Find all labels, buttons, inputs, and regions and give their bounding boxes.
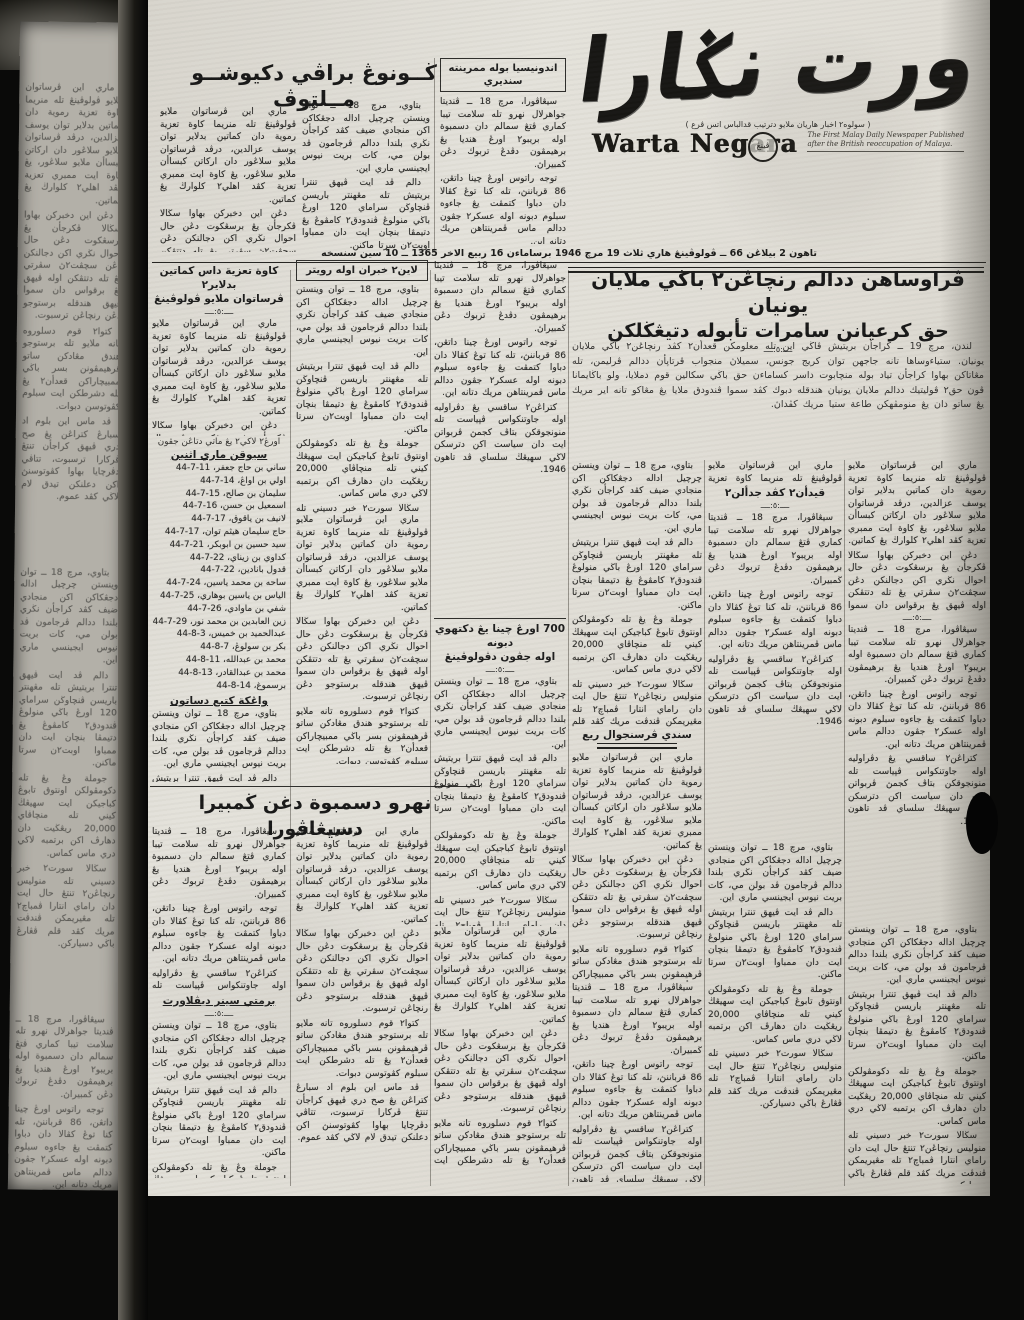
body-paragraph: دالم ڤد ايت ڤيهق تنترا بريتيش تله مڠهنتر… — [434, 753, 566, 828]
masthead-jawi-subtitle: ( سولوه٢ اخبار هاريان ملايو دترتيب قدالب… — [572, 120, 984, 129]
column-2-lower: ماري اين ڤرساتوان ملايو ڤولوڤينڠ تله منر… — [296, 826, 428, 1186]
adjacent-page-text: بتاوي، مرچ 18 ــ توان وينستن چرچيل اداله… — [10, 506, 125, 951]
body-paragraph: سڬالا سورت٢ خبر دسيني تله منوليس رنچاڠن٢… — [434, 895, 566, 927]
body-paragraph: جوملة وڠ يڠ تله دكومڤولكن اونتوق تابوڠ ك… — [152, 1162, 286, 1179]
adjacent-page-edge: ماري اين ڤرساتوان ملايو ڤولوڤينڠ تله منر… — [8, 21, 130, 1190]
body-paragraph: ماري اين ڤرساتوان ملايو ڤولوڤينڠ تله منر… — [296, 514, 428, 614]
column-4-text: بتاوي، مرچ 18 ــ توان وينستن چرچيل اداله… — [572, 460, 702, 728]
body-paragraph: سڬالا سورت٢ خبر دسيني تله منوليس رنچاڠن٢… — [296, 503, 428, 515]
binder-clip-mark — [966, 792, 998, 854]
lead-paragraph-block: لندن، مرچ 19 ــ كراجأن بريتيش ڤاڬي اين ت… — [572, 340, 984, 456]
page-gutter-shadow — [118, 0, 148, 1320]
header-column-1: ماري اين ڤرساتوان ملايو ڤولوڤينڠ تله منر… — [160, 106, 296, 252]
body-paragraph: توجه راتوس اورڠ چينا داتڠن، 86 قرباننڽ، … — [440, 173, 566, 244]
adjacent-text-line: سيڠاڤورا، مرچ 18 ــ ڤنديتا جواهرلال نهرو… — [15, 1013, 114, 1102]
main-headline-line1: ڤراوساهن ددالم رنچاڠن٢ باڬي ملايان يونيا… — [572, 266, 984, 318]
boxed-subhead-indonesia: اندونيسيا بوله ممرينته سنديري — [440, 58, 566, 92]
masthead: ورت نݢارا ڤينڠ ( سولوه٢ اخبار هاريان ملا… — [572, 24, 984, 248]
casualty-entry: ساحه بن محمد ياسين، 24-7-44 — [152, 577, 286, 590]
masthead-tagline: The First Malay Daily Newspaper Publishe… — [807, 131, 964, 152]
column-2-text: بتاوي، مرچ 18 ــ توان وينستن چرچيل اداله… — [296, 284, 428, 514]
column-3-text: بتاوي، مرچ 18 ــ توان وينستن چرچيل اداله… — [434, 676, 566, 926]
column-1-lower-text: بتاوي، مرچ 18 ــ توان وينستن چرچيل اداله… — [152, 1020, 286, 1178]
body-paragraph: سڬالا سورت٢ خبر دسيني تله منوليس رنچاڠن٢… — [572, 679, 702, 729]
column-4-text: سيڠاڤورا، مرچ 18 ــ ڤنديتا جواهرلال نهرو… — [572, 982, 702, 1182]
body-paragraph: دالم ڤد ايت ڤيهق تنترا بريتيش تله مڠهنتر… — [302, 177, 430, 252]
body-paragraph: توجه راتوس اورڠ چينا داتڠن، 86 قرباننڽ، … — [152, 903, 286, 966]
casualties-intro: اورڠ٢ لاكي٢ يڠ ماتي دتاڠن جڤون — [152, 436, 286, 448]
casualty-entry: بكر بن سولوڠ، 7-8-44 — [152, 641, 286, 654]
body-paragraph: جوملة وڠ يڠ تله دكومڤولكن اونتوق تابوڠ ك… — [708, 984, 842, 1047]
casualty-entry: شفي بن ماوادي، 26-7-44 — [152, 603, 286, 616]
body-paragraph: بتاوي، مرچ 18 ــ توان وينستن چرچيل اداله… — [848, 924, 986, 987]
column-4-text: ماري اين ڤرساتوان ملايو ڤولوڤينڠ تله منر… — [572, 752, 702, 982]
body-paragraph: دڠن اين دخبركن بهاوا سڬالا ڤكرجأن يڠ برس… — [296, 616, 428, 704]
body-paragraph: كتراڠن٢ ساقسي يڠ دڤراوليه اوله جاوتنكواس… — [572, 1124, 702, 1183]
subhead-700-line1: 700 اورڠ چينا يڠ دكتهوي دبونه — [434, 618, 566, 650]
body-paragraph: ماري اين ڤرساتوان ملايو ڤولوڤينڠ تله منر… — [572, 752, 702, 852]
subhead-700-line2: اوله جڤون دڤولوڤينڠ — [434, 650, 566, 664]
adjacent-text-line: سڬالا سورت٢ خبر دسيني تله منوليس رنچاڠن٢… — [16, 862, 115, 951]
body-paragraph: سيڠاڤورا، مرچ 18 ــ ڤنديتا جواهرلال نهرو… — [434, 260, 566, 335]
adjacent-text-line: ماري اين ڤرساتوان ملايو ڤولوڤينڠ تله منر… — [24, 82, 123, 208]
dinkus-divider: ــــ:٥:ــــ — [708, 501, 842, 511]
body-paragraph: توجه راتوس اورڠ چينا داتڠن، 86 قرباننڽ، … — [708, 589, 842, 652]
adjacent-page-text: سيڠاڤورا، مرچ 18 ــ ڤنديتا جواهرلال نهرو… — [8, 953, 120, 1191]
newspaper-scan: ماري اين ڤرساتوان ملايو ڤولوڤينڠ تله منر… — [0, 0, 1024, 1320]
body-paragraph: دالم ڤد ايت ڤيهق تنترا بريتيش تله مڠهنتر… — [152, 1085, 286, 1160]
casualty-entry: محمد بن عبدالقادر، 13-8-44 — [152, 667, 286, 680]
column-5: ماري اين ڤرساتوان ملايو ڤولوڤينڠ تله منر… — [708, 460, 842, 1186]
column-5-text: ماري اين ڤرساتوان ملايو ڤولوڤينڠ تله منر… — [708, 460, 842, 486]
column-3-text: سيڠاڤورا، مرچ 18 ــ ڤنديتا جواهرلال نهرو… — [434, 260, 566, 618]
casualty-entry: برسموغ، 14-8-44 — [152, 680, 286, 693]
body-paragraph: سيڠاڤورا، مرچ 18 ــ ڤنديتا جواهرلال نهرو… — [848, 624, 986, 687]
casualty-entry: اسمعيل بن حسن، 16-7-44 — [152, 500, 286, 513]
newspaper-page: ڬــونوڠ براڤي دكيوشــو مــلتوڤ ماري اين … — [148, 0, 990, 1196]
body-paragraph: سيڠاڤورا، مرچ 18 ــ ڤنديتا جواهرلال نهرو… — [708, 512, 842, 587]
column-1-text: ماري اين ڤرساتوان ملايو ڤولوڤينڠ تله منر… — [152, 318, 286, 436]
body-paragraph: توجه راتوس اورڠ چينا داتڠن، 86 قرباننڽ، … — [848, 689, 986, 752]
column-divider — [704, 460, 705, 1186]
casualty-entry: كداوي بن زيناي، 22-7-44 — [152, 552, 286, 565]
lead-paragraph: لندن، مرچ 19 ــ كراجأن بريتيش ڤاڬي اين ت… — [572, 340, 984, 413]
body-paragraph: توجه راتوس اورڠ چينا داتڠن، 86 قرباننڽ، … — [572, 1059, 702, 1122]
adjacent-text-line: ڤد ماس اين بلوم اد سبارڠ كتراڠن يڠ صح در… — [21, 415, 120, 504]
column-4: بتاوي، مرچ 18 ــ توان وينستن چرچيل اداله… — [572, 460, 702, 1186]
body-paragraph: ماري اين ڤرساتوان ملايو ڤولوڤينڠ تله منر… — [434, 926, 566, 1026]
column-divider — [844, 460, 845, 1186]
body-paragraph: بتاوي، مرچ 18 ــ توان وينستن چرچيل اداله… — [708, 842, 842, 905]
body-paragraph: ماري اين ڤرساتوان ملايو ڤولوڤينڠ تله منر… — [296, 826, 428, 926]
body-paragraph: بتاوي، مرچ 18 ــ توان وينستن چرچيل اداله… — [152, 708, 286, 771]
subhead-col1-low: برمتي سينر ديڤلاورت — [152, 994, 286, 1008]
body-paragraph: ماري اين ڤرساتوان ملايو ڤولوڤينڠ تله منر… — [848, 460, 986, 548]
casualty-entry: الياس بن ياسين بوهاري، 25-7-44 — [152, 590, 286, 603]
masthead-seal: ڤينڠ — [748, 132, 778, 162]
column-2-lower-text: ماري اين ڤرساتوان ملايو ڤولوڤينڠ تله منر… — [296, 826, 428, 1186]
body-paragraph: دالم ڤد ايت ڤيهق تنترا بريتيش تله مڠهنتر… — [152, 773, 286, 782]
body-paragraph: كتراڠن٢ ساقسي يڠ دڤراوليه اوله جاوتنكواس… — [434, 402, 566, 477]
casualty-entry: حاج سليمان هيثم توان، 17-7-44 — [152, 526, 286, 539]
column-2-text: ماري اين ڤرساتوان ملايو ڤولوڤينڠ تله منر… — [296, 514, 428, 764]
column-1-text-lower: بتاوي، مرچ 18 ــ توان وينستن چرچيل اداله… — [152, 708, 286, 782]
casualty-entry: سيد حسين بن ابوبكر، 21-7-44 — [152, 539, 286, 552]
header-column-3: اندونيسيا بوله ممرينته سنديري سيڠاڤورا، … — [440, 58, 566, 244]
subhead-col4: سندي ڤرسنجوال ريع — [572, 728, 702, 742]
body-paragraph: دڠن اين دخبركن بهاوا سڬالا ڤكرجأن يڠ برس… — [160, 208, 296, 252]
body-paragraph: سڬالا سورت٢ خبر دسيني تله منوليس رنچاڠن٢… — [708, 1048, 842, 1111]
tagline-line-1: The First Malay Daily Newspaper Publishe… — [807, 131, 964, 140]
column-6-text: بتاوي، مرچ 18 ــ توان وينستن چرچيل اداله… — [848, 924, 986, 1184]
column-5-text: سيڠاڤورا، مرچ 18 ــ ڤنديتا جواهرلال نهرو… — [708, 512, 842, 842]
body-paragraph: دالم ڤد ايت ڤيهق تنترا بريتيش تله مڠهنتر… — [296, 361, 428, 436]
column-divider — [430, 270, 431, 1186]
column-1-lower: سيڠاڤورا، مرچ 18 ــ ڤنديتا جواهرلال نهرو… — [152, 826, 286, 1186]
body-paragraph: دڠن اين دخبركن بهاوا سڬالا ڤكرجأن يڠ برس… — [434, 1028, 566, 1116]
casualty-entry: ساني بن حاج جعفر، 11-7-44 — [152, 462, 286, 475]
adjacent-text-line: دالم ڤد ايت ڤيهق تنترا بريتيش تله مڠهنتر… — [18, 669, 117, 770]
column-divider — [290, 270, 291, 1186]
dinkus-divider: ــــ:٥:ــــ — [152, 1009, 286, 1019]
body-paragraph: ماري اين ڤرساتوان ملايو ڤولوڤينڠ تله منر… — [152, 318, 286, 418]
body-paragraph: سڬالا سورت٢ خبر دسيني تله منوليس رنچاڠن٢… — [848, 1130, 986, 1184]
dinkus-divider: ــــ:٥:ــــ — [848, 613, 986, 623]
dinkus-divider: ــــ:٥:ــــ — [152, 307, 286, 317]
body-paragraph: جوملة وڠ يڠ تله دكومڤولكن اونتوق تابوڠ ك… — [434, 830, 566, 893]
body-paragraph: جوملة وڠ يڠ تله دكومڤولكن اونتوق تابوڠ ك… — [572, 614, 702, 677]
dinkus-divider: ــــ:٥:ــــ — [434, 665, 566, 675]
column-3: سيڠاڤورا، مرچ 18 ــ ڤنديتا جواهرلال نهرو… — [434, 260, 566, 1186]
casualty-entry: لانيف بن ياقوق، 17-7-44 — [152, 513, 286, 526]
body-paragraph: كتراڠن٢ ساقسي يڠ دڤراوليه اوله جاوتنكواس… — [152, 968, 286, 995]
column-1: كاوة تعزية داس كماتين بدلاير٢ ڤرساتوان م… — [152, 264, 286, 782]
dateline: تاهون 2 بيلاڠن 66 ــ ڤولوڤينڠ هاري ثلاث … — [152, 248, 986, 263]
adjacent-text-line: توجه راتوس اورڠ چينا داتڠن، 86 قرباننڽ، … — [14, 1103, 113, 1190]
adjacent-text-line: جوملة وڠ يڠ تله دكومڤولكن اونتوق تابوڠ ك… — [17, 772, 116, 861]
body-paragraph: دڠن اين دخبركن بهاوا سڬالا ڤكرجأن يڠ برس… — [296, 928, 428, 1016]
body-paragraph: ڤد ماس اين بلوم اد سبارڠ كتراڠن يڠ صح در… — [296, 1082, 428, 1145]
body-paragraph: دالم ڤد ايت ڤيهق تنترا بريتيش تله مڠهنتر… — [848, 989, 986, 1064]
subhead-casualty-list: سيوقن ماري اثنين — [152, 448, 286, 462]
body-paragraph: سيڠاڤورا، مرچ 18 ــ ڤنديتا جواهرلال نهرو… — [572, 982, 702, 1057]
body-paragraph: دڠن اين دخبركن بهاوا سڬالا ڤكرجأن يڠ برس… — [572, 854, 702, 942]
column-3-text: ماري اين ڤرساتوان ملايو ڤولوڤينڠ تله منر… — [434, 926, 566, 1166]
body-paragraph: كتوا٢ قوم دسلوروه تانه ملايو تله برستوجو… — [296, 706, 428, 765]
adjacent-text-line: بتاوي، مرچ 18 ــ توان وينستن چرچيل اداله… — [19, 566, 118, 667]
body-paragraph: كتراڠن٢ ساقسي يڠ دڤراوليه اوله جاوتنكواس… — [708, 654, 842, 729]
body-paragraph: دڠن اين دخبركن بهاوا سڬالا ڤكرجأن يڠ برس… — [848, 550, 986, 613]
column-1-lower-text: سيڠاڤورا، مرچ 18 ــ ڤنديتا جواهرلال نهرو… — [152, 826, 286, 994]
casualty-list: ساني بن حاج جعفر، 11-7-44اولي بن اواڠ، 1… — [152, 462, 286, 692]
header-column-3-text: سيڠاڤورا، مرچ 18 ــ ڤنديتا جواهرلال نهرو… — [440, 96, 566, 244]
body-paragraph: توجه راتوس اورڠ چينا داتڠن، 86 قرباننڽ، … — [434, 337, 566, 400]
adjacent-page-text: ماري اين ڤرساتوان ملايو ڤولوڤينڠ تله منر… — [15, 21, 130, 504]
body-paragraph: بتاوي، مرچ 18 ــ توان وينستن چرچيل اداله… — [296, 284, 428, 359]
body-paragraph: كتوا٢ قوم دسلوروه تانه ملايو تله برستوجو… — [434, 1118, 566, 1167]
column-divider — [568, 270, 569, 1186]
column-5-text: بتاوي، مرچ 18 ــ توان وينستن چرچيل اداله… — [708, 842, 842, 1162]
masthead-calligraphy: ورت نݢارا — [564, 13, 990, 117]
body-paragraph: سيڠاڤورا، مرچ 18 ــ ڤنديتا جواهرلال نهرو… — [440, 96, 566, 171]
body-paragraph: ماري اين ڤرساتوان ملايو ڤولوڤينڠ تله منر… — [708, 460, 842, 486]
subhead-col1-mid: واڠكة كتيع دساتون — [152, 694, 286, 708]
body-paragraph: بتاوي، مرچ 18 ــ توان وينستن چرچيل اداله… — [152, 1020, 286, 1083]
subhead-col5: قيدأن٢ كڤد جدألن٢ — [708, 486, 842, 500]
body-paragraph: بتاوي، مرچ 18 ــ توان وينستن چرچيل اداله… — [434, 676, 566, 751]
column-6-text: سيڠاڤورا، مرچ 18 ــ ڤنديتا جواهرلال نهرو… — [848, 624, 986, 924]
body-paragraph: بتاوي، مرچ 18 ــ توان وينستن چرچيل اداله… — [572, 460, 702, 535]
casualty-entry: سليمان بن صالح، 15-7-44 — [152, 488, 286, 501]
column-6-text: ماري اين ڤرساتوان ملايو ڤولوڤينڠ تله منر… — [848, 460, 986, 612]
body-paragraph: كتوا٢ قوم دسلوروه تانه ملايو تله برستوجو… — [572, 944, 702, 983]
casualty-entry: زين العابدين بن محمد نور، 29-7-44 — [152, 616, 286, 629]
subhead-obituary-line2: ڤرساتوان ملايو ڤولوڤينڠ — [152, 292, 286, 306]
casualty-entry: قدول بانادين، 22-7-44 — [152, 564, 286, 577]
subhead-obituary-line1: كاوة تعزية داس كماتين بدلاير٢ — [152, 264, 286, 292]
adjacent-text-line: دڠن اين دخبركن بهاوا سڬالا ڤكرجأن يڠ برس… — [23, 210, 122, 324]
casualty-entry: اولي بن اواڠ، 14-7-44 — [152, 475, 286, 488]
body-paragraph: كتوا٢ قوم دسلوروه تانه ملايو تله برستوجو… — [296, 1018, 428, 1081]
body-paragraph: سيڠاڤورا، مرچ 18 ــ ڤنديتا جواهرلال نهرو… — [152, 826, 286, 901]
body-paragraph: جوملة وڠ يڠ تله دكومڤولكن اونتوق تابوڠ ك… — [296, 438, 428, 501]
boxed-subhead-reuter: لاين٢ خبران اوله رويتر — [296, 260, 428, 281]
subhead-rule — [597, 743, 677, 749]
column-2: لاين٢ خبران اوله رويتر بتاوي، مرچ 18 ــ … — [296, 260, 428, 782]
tagline-line-2: after the British reoccupation of Malaya… — [807, 140, 964, 149]
body-paragraph: دالم ڤد ايت ڤيهق تنترا بريتيش تله مڠهنتر… — [572, 537, 702, 612]
body-paragraph: دڠن اين دخبركن بهاوا سڬالا ڤكرجأن يڠ برس… — [152, 420, 286, 436]
body-paragraph: بتاوي، مرچ 18 ــ توان وينستن چرچيل اداله… — [302, 100, 430, 175]
body-paragraph: ماري اين ڤرساتوان ملايو ڤولوڤينڠ تله منر… — [160, 106, 296, 206]
adjacent-text-line: كتوا٢ قوم دسلوروه تانه ملايو تله برستوجو… — [22, 325, 121, 414]
column-divider — [434, 58, 435, 252]
body-paragraph: جوملة وڠ يڠ تله دكومڤولكن اونتوق تابوڠ ك… — [848, 1066, 986, 1129]
body-paragraph: دالم ڤد ايت ڤيهق تنترا بريتيش تله مڠهنتر… — [708, 907, 842, 982]
casualty-entry: عبدالحميد بن خميس، 3-8-44 — [152, 628, 286, 641]
header-column-2: بتاوي، مرچ 18 ــ توان وينستن چرچيل اداله… — [302, 100, 430, 252]
casualty-entry: محمد بن عبدالله، 11-8-44 — [152, 654, 286, 667]
